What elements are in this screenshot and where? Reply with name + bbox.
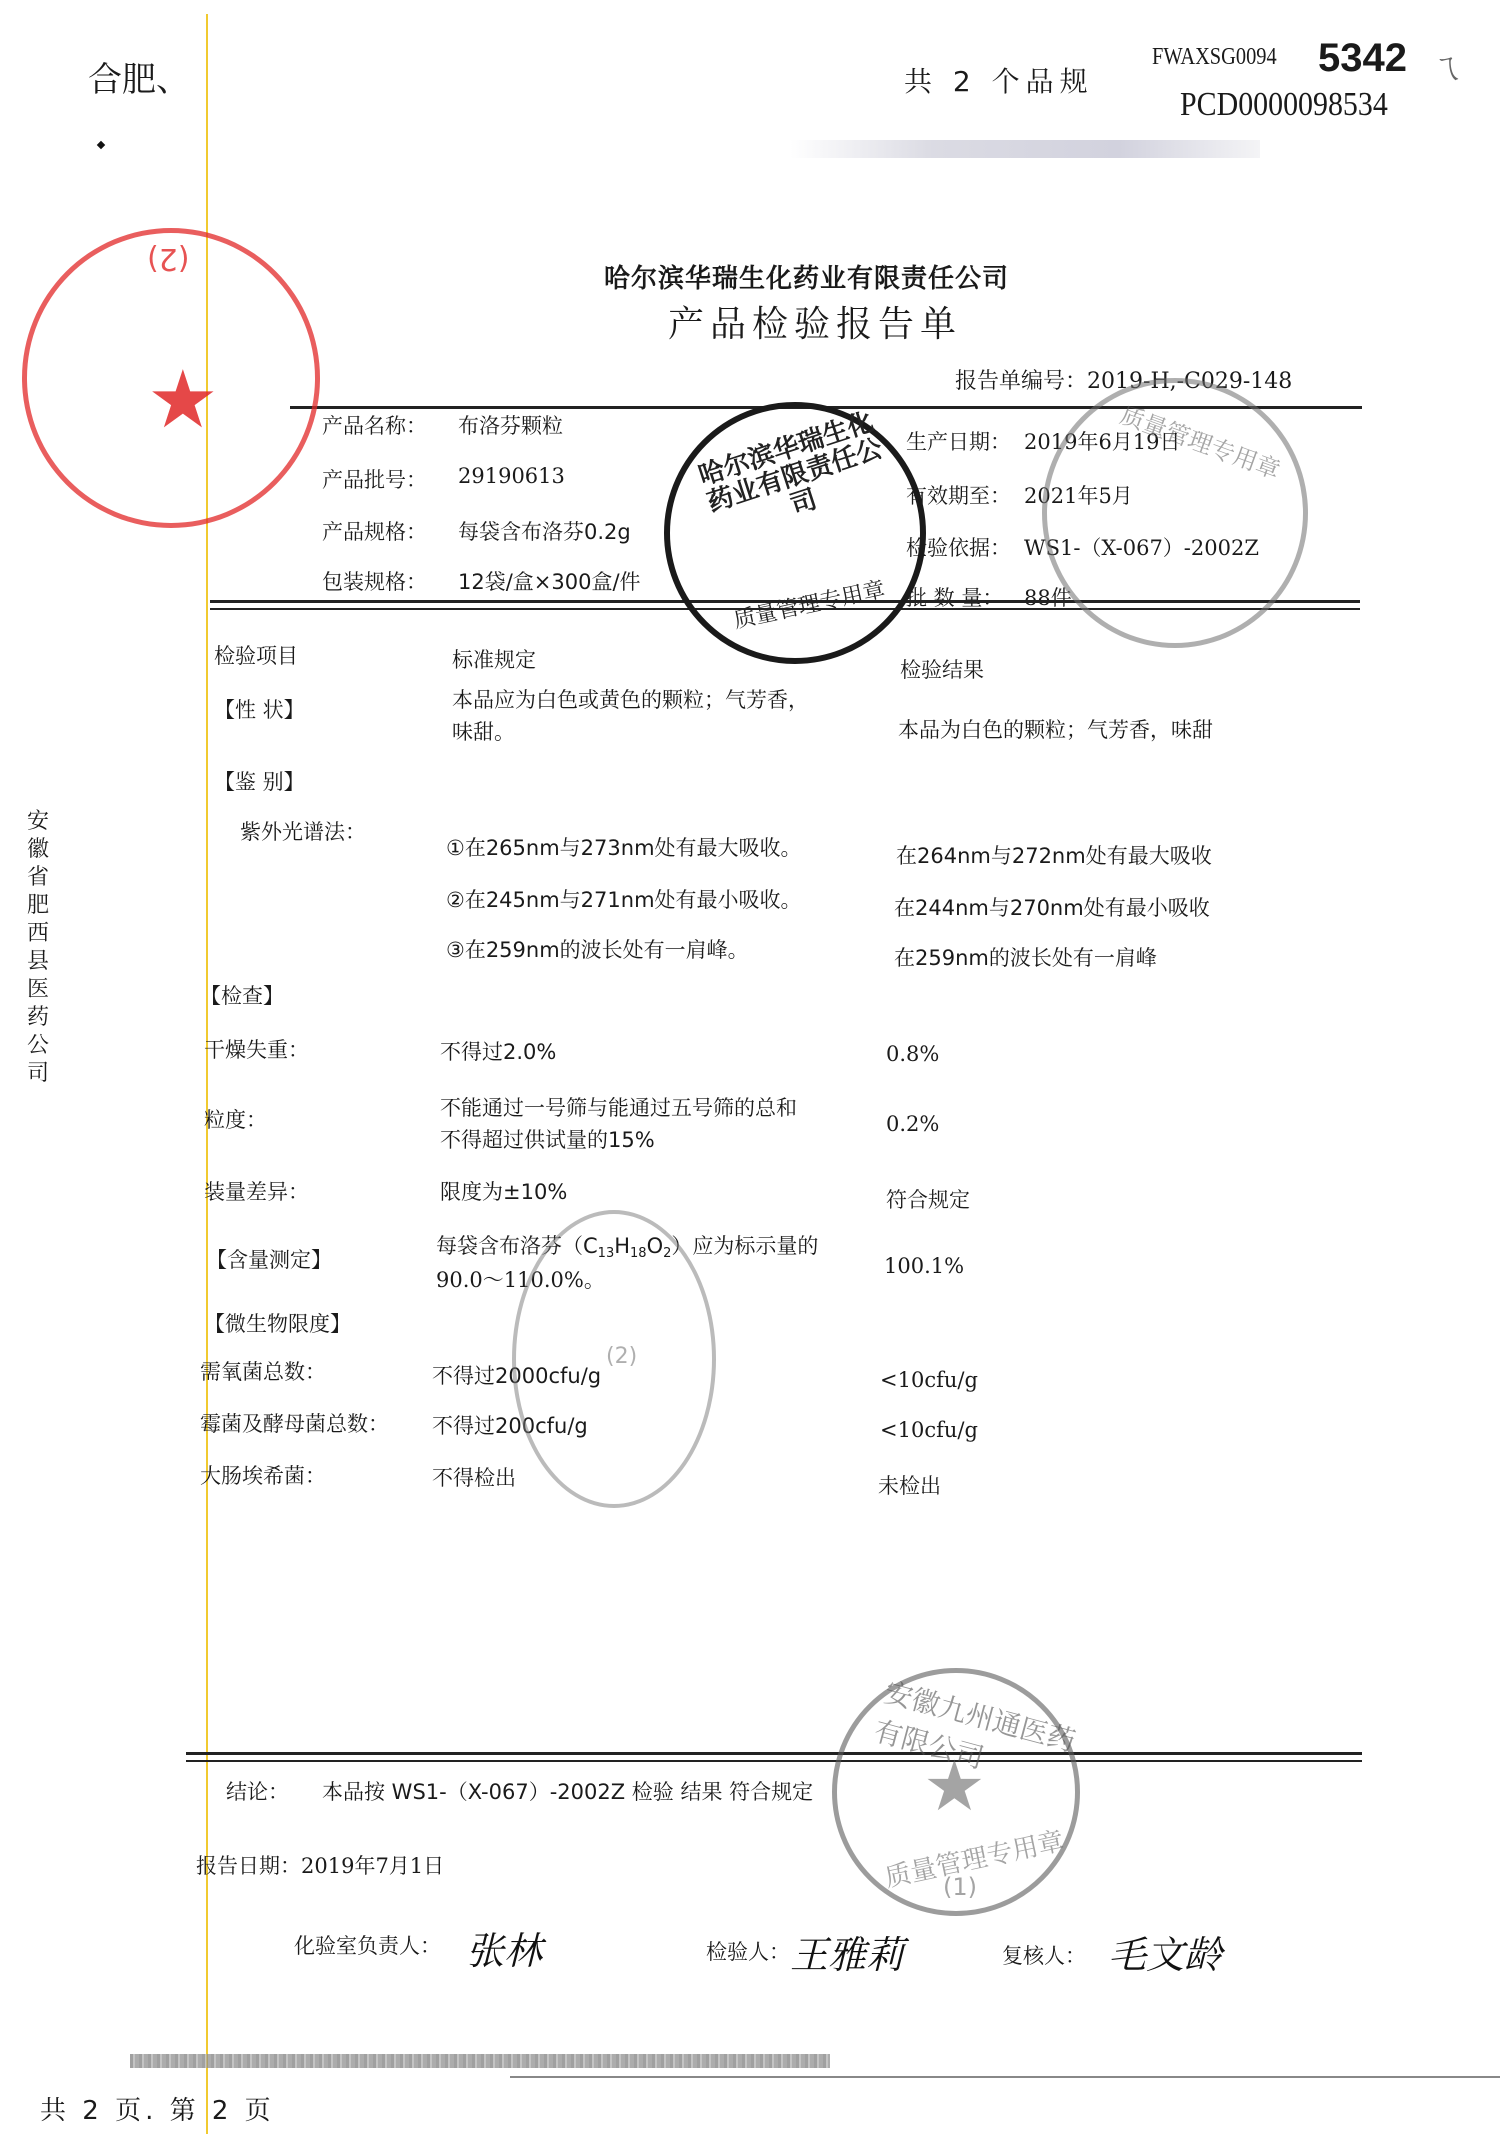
loss-on-drying-standard: 不得过2.0%: [440, 1036, 556, 1066]
city-label: 合肥、: [88, 52, 190, 101]
scan-band-right: [510, 2076, 1500, 2078]
grey-seal-top-right: 质量管理专用章: [1042, 378, 1308, 648]
loss-on-drying-result: 0.8%: [886, 1042, 939, 1066]
inspection-section: 【检查】: [200, 980, 284, 1010]
document-title: 产品检验报告单: [668, 296, 962, 347]
grey-seal-bottom: 安徽九州通医药有限公司 ★ 质量管理专用章 (1): [832, 1668, 1080, 1916]
red-seal-number: (2): [147, 241, 190, 276]
granularity-item: 粒度：: [204, 1104, 267, 1134]
grey-seal-middle: (2): [512, 1210, 716, 1508]
inspector-label: 检验人：: [706, 1936, 790, 1966]
assay-result: 100.1%: [884, 1254, 964, 1278]
reviewer-signature: 毛文龄: [1108, 1924, 1222, 1979]
manufacturer-seal-subtext: 质量管理专用章: [730, 572, 887, 634]
report-date-value: 2019年7月1日: [301, 1854, 444, 1878]
uv-standard-3: ③在259nm的波长处有一肩峰。: [446, 934, 749, 964]
col-header-item: 检验项目: [214, 640, 298, 670]
divider-conclusion-1: [186, 1752, 1362, 1755]
tracking-code-prefix: FWAXSG0094: [1152, 44, 1277, 71]
page-number: 共 2 页. 第 2 页: [40, 2090, 275, 2127]
aerobic-count-item: 需氧菌总数：: [200, 1356, 326, 1386]
company-name: 哈尔滨华瑞生化药业有限责任公司: [604, 258, 1009, 295]
scan-dot: [97, 141, 105, 149]
product-name-label: 产品名称：: [322, 410, 427, 440]
grey-seal-bottom-number: (1): [943, 1873, 977, 1901]
batch-no-value: 29190613: [458, 464, 565, 488]
lab-head-label: 化验室负责人：: [294, 1930, 441, 1960]
handwritten-mark: ㄟ: [1430, 40, 1464, 89]
ecoli-result: 未检出: [878, 1470, 941, 1500]
appearance-result: 本品为白色的颗粒；气芳香，味甜: [898, 714, 1213, 744]
pcd-code: PCD0000098534: [1180, 86, 1388, 124]
side-company-text: 安徽省肥西县医药公司: [26, 808, 50, 1088]
red-quality-seal: (2) ★: [22, 228, 320, 528]
uv-standard-1: ①在265nm与273nm处有最大吸收。: [446, 832, 802, 862]
production-date-label: 生产日期：: [906, 426, 1011, 456]
fill-variation-standard: 限度为±10%: [440, 1176, 567, 1206]
appearance-standard-2: 味甜。: [452, 716, 515, 746]
item-count: 共 2 个品规: [904, 60, 1094, 100]
lab-head-signature: 张林: [466, 1920, 542, 1975]
microbial-section: 【微生物限度】: [204, 1308, 351, 1338]
uv-result-1: 在264nm与272nm处有最大吸收: [896, 840, 1212, 870]
grey-seal-top-right-text: 质量管理专用章: [1116, 395, 1286, 485]
appearance-standard-1: 本品应为白色或黄色的颗粒；气芳香，: [452, 684, 809, 714]
star-icon: ★: [147, 353, 219, 446]
conclusion-text: 本品按 WS1-（X-067）-2002Z 检验 结果 符合规定: [322, 1776, 813, 1806]
report-date-label: 报告日期：: [196, 1854, 301, 1878]
ecoli-standard: 不得检出: [432, 1462, 516, 1492]
report-number-label: 报告单编号：: [955, 369, 1087, 394]
granularity-standard-1: 不能通过一号筛与能通过五号筛的总和: [440, 1092, 797, 1122]
manufacturer-seal: 哈尔滨华瑞生化药业有限责任公司 质量管理专用章: [664, 402, 926, 664]
col-header-result: 检验结果: [900, 654, 984, 684]
fill-variation-result: 符合规定: [886, 1184, 970, 1214]
aerobic-count-result: <10cfu/g: [880, 1368, 978, 1392]
ecoli-item: 大肠埃希菌：: [200, 1460, 326, 1490]
scan-artifact: [790, 140, 1260, 158]
conclusion-label: 结论：: [226, 1776, 289, 1806]
identification-section: 【鉴 别】: [214, 766, 305, 796]
mold-yeast-result: <10cfu/g: [880, 1418, 978, 1442]
uv-result-3: 在259nm的波长处有一肩峰: [894, 942, 1157, 972]
assay-text-post: ）应为标示量的: [671, 1234, 818, 1258]
tracking-code-suffix: 5342: [1318, 36, 1407, 81]
star-icon: ★: [923, 1745, 986, 1827]
appearance-item: 【性 状】: [214, 694, 305, 724]
uv-result-2: 在244nm与270nm处有最小吸收: [894, 892, 1210, 922]
granularity-standard-2: 不得超过供试量的15%: [440, 1124, 655, 1154]
batch-no-label: 产品批号：: [322, 464, 427, 494]
uv-standard-2: ②在245nm与271nm处有最小吸收。: [446, 884, 802, 914]
divider-conclusion-2: [186, 1760, 1362, 1762]
packaging-label: 包装规格：: [322, 566, 427, 596]
inspector-signature: 王雅莉: [790, 1924, 904, 1979]
report-date: 报告日期：2019年7月1日: [196, 1850, 444, 1880]
reviewer-label: 复核人：: [1002, 1940, 1086, 1970]
spec-value: 每袋含布洛芬0.2g: [458, 516, 631, 546]
col-header-standard: 标准规定: [452, 644, 536, 674]
mold-yeast-item: 霉菌及酵母菌总数：: [200, 1408, 389, 1438]
loss-on-drying-item: 干燥失重：: [204, 1034, 309, 1064]
granularity-result: 0.2%: [886, 1112, 939, 1136]
product-name-value: 布洛芬颗粒: [458, 410, 563, 440]
manufacturer-seal-text: 哈尔滨华瑞生化药业有限责任公司: [692, 407, 899, 546]
fill-variation-item: 装量差异：: [204, 1176, 309, 1206]
uv-method-label: 紫外光谱法：: [240, 816, 366, 846]
packaging-value: 12袋/盒×300盒/件: [458, 566, 641, 596]
grey-seal-middle-number: (2): [606, 1344, 637, 1369]
scan-band-left: [130, 2054, 830, 2068]
assay-item: 【含量测定】: [206, 1244, 332, 1274]
spec-label: 产品规格：: [322, 516, 427, 546]
